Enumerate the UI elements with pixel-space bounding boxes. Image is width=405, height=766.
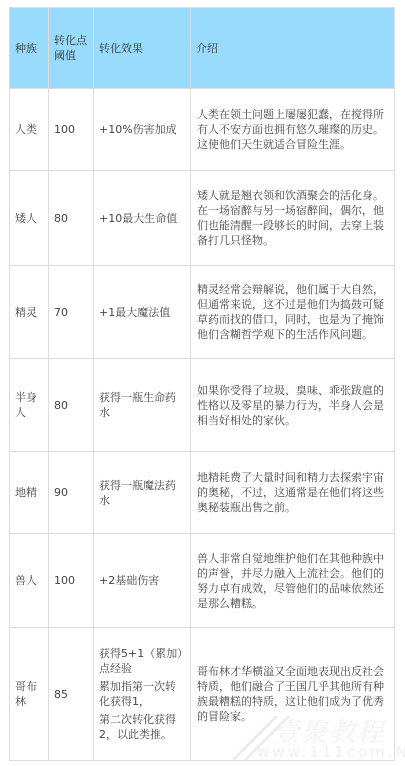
race-conversion-table: 种族 转化点阈值 转化效果 介绍 人类 100 +10%伤害加成 人类在领土问题… [9,7,395,761]
table-row: 半身人 80 获得一瓶生命药水 如果你受得了垃圾、臭味、乖张跋扈的性格以及零星的… [10,359,395,452]
effect-line: 获得5+1（累加）点经验 [99,646,185,676]
threshold-cell: 80 [49,171,94,266]
effect-line: 累加指第一次转化获得1， [99,679,185,709]
threshold-cell: 90 [49,452,94,534]
race-cell: 地精 [10,452,49,534]
intro-cell: 矮人就是翘衣领和饮酒聚会的活化身。在一场宿醉与另一场宿醉间，偶尔，他们也能清醒一… [191,171,395,266]
intro-cell: 哥布林才华横溢又全面地表现出反社会特质，他们融合了王国几乎其他所有种族最糟糕的特… [191,628,395,761]
intro-cell: 如果你受得了垃圾、臭味、乖张跋扈的性格以及零星的暴力行为，半身人会是相当好相处的… [191,359,395,452]
intro-cell: 精灵经常会辩解说，他们属于大自然，但通常来说，这不过是他们为捣鼓可疑草药而找的借… [191,266,395,359]
effect-line: 获得一瓶魔法药水 [99,478,185,508]
threshold-cell: 70 [49,266,94,359]
race-cell: 精灵 [10,266,49,359]
effect-line: +10%伤害加成 [99,122,185,137]
race-cell: 哥布林 [10,628,49,761]
effect-cell: +10%伤害加成 [94,89,191,171]
header-threshold: 转化点阈值 [49,8,94,89]
intro-cell: 人类在领土问题上屡屡犯蠢，在搅得所有人不安方面也拥有悠久璀璨的历史。这使他们天生… [191,89,395,171]
header-intro: 介绍 [191,8,395,89]
table-row: 哥布林 85 获得5+1（累加）点经验 累加指第一次转化获得1， 第二次转化获得… [10,628,395,761]
threshold-cell: 85 [49,628,94,761]
table-header-row: 种族 转化点阈值 转化效果 介绍 [10,8,395,89]
effect-cell: +1最大魔法值 [94,266,191,359]
effect-cell: +2基础伤害 [94,534,191,628]
race-cell: 人类 [10,89,49,171]
intro-cell: 兽人非常自觉地维护他们在其他种族中的声誉，并尽力融入上流社会。他们的努力卓有成效… [191,534,395,628]
table-row: 地精 90 获得一瓶魔法药水 地精耗费了大量时间和精力去探索宇宙的奥秘，不过，这… [10,452,395,534]
header-race: 种族 [10,8,49,89]
effect-cell: +10最大生命值 [94,171,191,266]
intro-cell: 地精耗费了大量时间和精力去探索宇宙的奥秘，不过，这通常是在他们将这些奥秘装瓶出售… [191,452,395,534]
effect-cell: 获得一瓶魔法药水 [94,452,191,534]
table-row: 兽人 100 +2基础伤害 兽人非常自觉地维护他们在其他种族中的声誉，并尽力融入… [10,534,395,628]
table-row: 精灵 70 +1最大魔法值 精灵经常会辩解说，他们属于大自然，但通常来说，这不过… [10,266,395,359]
race-cell: 矮人 [10,171,49,266]
race-cell: 半身人 [10,359,49,452]
effect-line: 获得一瓶生命药水 [99,390,185,420]
header-effect: 转化效果 [94,8,191,89]
effect-line: 第二次转化获得2，以此类推。 [99,712,185,742]
table-row: 矮人 80 +10最大生命值 矮人就是翘衣领和饮酒聚会的活化身。在一场宿醉与另一… [10,171,395,266]
threshold-cell: 100 [49,534,94,628]
threshold-cell: 100 [49,89,94,171]
threshold-cell: 80 [49,359,94,452]
effect-cell: 获得一瓶生命药水 [94,359,191,452]
effect-line: +10最大生命值 [99,211,185,226]
effect-line: +1最大魔法值 [99,305,185,320]
race-cell: 兽人 [10,534,49,628]
table-row: 人类 100 +10%伤害加成 人类在领土问题上屡屡犯蠢，在搅得所有人不安方面也… [10,89,395,171]
effect-cell: 获得5+1（累加）点经验 累加指第一次转化获得1， 第二次转化获得2，以此类推。 [94,628,191,761]
effect-line: +2基础伤害 [99,573,185,588]
